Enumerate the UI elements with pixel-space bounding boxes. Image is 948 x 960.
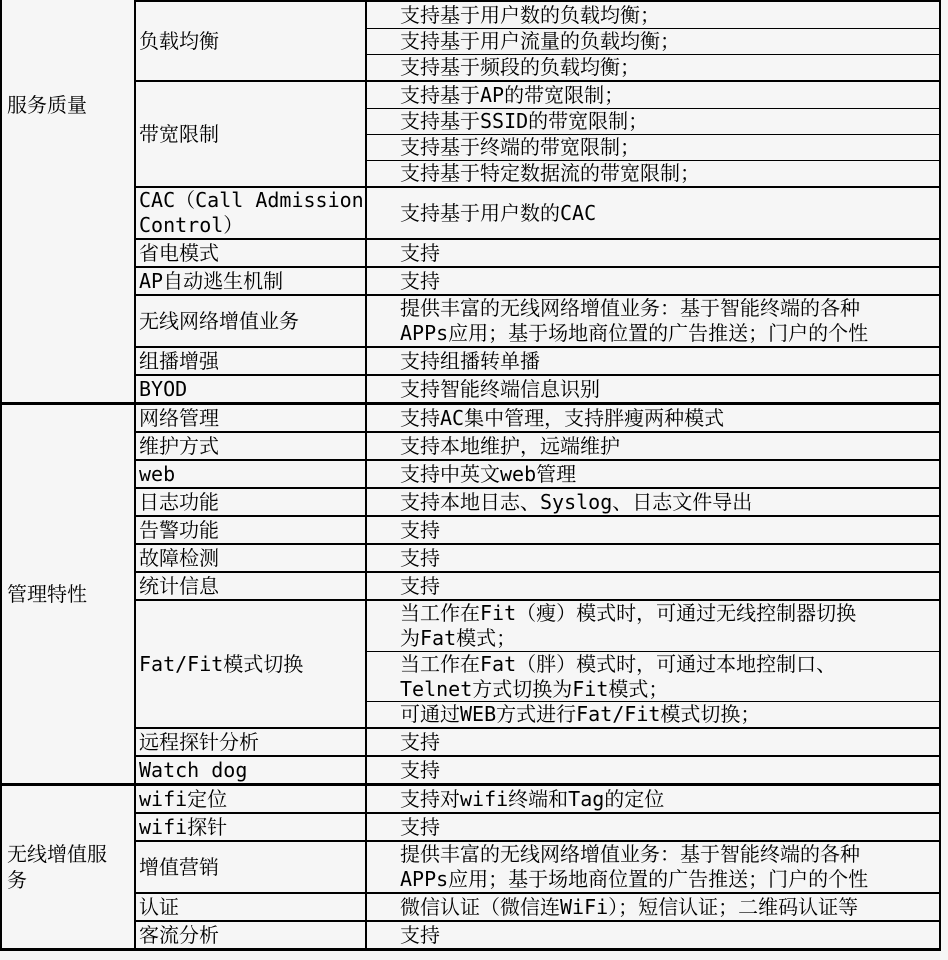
detail-cell: 支持中英文web管理 — [367, 461, 939, 487]
detail-cell: 支持 — [367, 240, 939, 266]
feature-row: wifi探针支持 — [136, 812, 939, 840]
detail-cell: 支持基于SSID的带宽限制； — [367, 108, 939, 134]
detail-cell: 支持基于终端的带宽限制； — [367, 134, 939, 160]
feature-cell: CAC（Call Admission Control） — [136, 188, 367, 238]
detail-cell: 支持 — [367, 729, 939, 755]
detail-list: 支持 — [367, 517, 939, 543]
detail-cell: 支持本地维护，远端维护 — [367, 433, 939, 459]
detail-cell: 支持基于用户数的负载均衡； — [367, 2, 939, 28]
feature-cell: wifi探针 — [136, 814, 367, 840]
page: { "colors": { "border": "#000000", "back… — [0, 0, 948, 960]
detail-list: 提供丰富的无线网络增值业务：基于智能终端的各种 APPs应用；基于场地商位置的广… — [367, 296, 939, 346]
detail-cell: 支持 — [367, 814, 939, 840]
feature-row: Watch dog支持 — [136, 755, 939, 783]
detail-cell: 支持智能终端信息识别 — [367, 376, 939, 402]
feature-row: 增值营销提供丰富的无线网络增值业务：基于智能终端的各种 APPs应用；基于场地商… — [136, 840, 939, 892]
category-cell: 服务质量 — [2, 0, 136, 402]
feature-row: 维护方式支持本地维护，远端维护 — [136, 431, 939, 459]
feature-row: 远程探针分析支持 — [136, 727, 939, 755]
table-section: 管理特性网络管理支持AC集中管理，支持胖瘦两种模式维护方式支持本地维护，远端维护… — [2, 402, 939, 783]
section-rows: wifi定位支持对wifi终端和Tag的定位wifi探针支持增值营销提供丰富的无… — [136, 786, 939, 948]
detail-cell: 支持 — [367, 573, 939, 599]
feature-cell: 日志功能 — [136, 489, 367, 515]
feature-cell: 远程探针分析 — [136, 729, 367, 755]
detail-list: 支持 — [367, 268, 939, 294]
detail-cell: 可通过WEB方式进行Fat/Fit模式切换； — [367, 701, 939, 727]
detail-cell: 支持基于频段的负载均衡； — [367, 54, 939, 80]
feature-row: 日志功能支持本地日志、Syslog、日志文件导出 — [136, 487, 939, 515]
feature-row: Fat/Fit模式切换当工作在Fit（瘦）模式时，可通过无线控制器切换 为Fat… — [136, 599, 939, 727]
detail-list: 支持AC集中管理，支持胖瘦两种模式 — [367, 405, 939, 431]
feature-row: CAC（Call Admission Control）支持基于用户数的CAC — [136, 186, 939, 238]
detail-cell: 支持 — [367, 268, 939, 294]
feature-row: 告警功能支持 — [136, 515, 939, 543]
feature-cell: 网络管理 — [136, 405, 367, 431]
feature-row: 客流分析支持 — [136, 920, 939, 948]
detail-list: 支持 — [367, 757, 939, 783]
detail-list: 提供丰富的无线网络增值业务：基于智能终端的各种 APPs应用；基于场地商位置的广… — [367, 842, 939, 892]
detail-list: 支持 — [367, 922, 939, 948]
detail-cell: 支持基于用户流量的负载均衡； — [367, 28, 939, 54]
detail-list: 支持对wifi终端和Tag的定位 — [367, 786, 939, 812]
detail-cell: 支持基于用户数的CAC — [367, 188, 939, 238]
feature-row: web支持中英文web管理 — [136, 459, 939, 487]
feature-row: 负载均衡支持基于用户数的负载均衡；支持基于用户流量的负载均衡；支持基于频段的负载… — [136, 2, 939, 80]
feature-cell: 告警功能 — [136, 517, 367, 543]
detail-list: 支持基于用户数的负载均衡；支持基于用户流量的负载均衡；支持基于频段的负载均衡； — [367, 2, 939, 80]
feature-row: 故障检测支持 — [136, 543, 939, 571]
detail-list: 支持本地日志、Syslog、日志文件导出 — [367, 489, 939, 515]
detail-list: 支持中英文web管理 — [367, 461, 939, 487]
detail-list: 支持 — [367, 729, 939, 755]
feature-row: wifi定位支持对wifi终端和Tag的定位 — [136, 786, 939, 812]
feature-row: 无线网络增值业务提供丰富的无线网络增值业务：基于智能终端的各种 APPs应用；基… — [136, 294, 939, 346]
detail-list: 当工作在Fit（瘦）模式时，可通过无线控制器切换 为Fat模式；当工作在Fat（… — [367, 601, 939, 727]
detail-cell: 支持基于AP的带宽限制； — [367, 82, 939, 108]
detail-cell: 支持 — [367, 922, 939, 948]
detail-list: 支持 — [367, 573, 939, 599]
feature-cell: 带宽限制 — [136, 82, 367, 186]
detail-cell: 支持基于特定数据流的带宽限制； — [367, 160, 939, 186]
detail-list: 支持 — [367, 814, 939, 840]
detail-cell: 支持 — [367, 757, 939, 783]
feature-cell: 认证 — [136, 894, 367, 920]
feature-cell: BYOD — [136, 376, 367, 402]
section-rows: 网络管理支持AC集中管理，支持胖瘦两种模式维护方式支持本地维护，远端维护web支… — [136, 405, 939, 783]
detail-list: 支持 — [367, 240, 939, 266]
feature-cell: wifi定位 — [136, 786, 367, 812]
feature-cell: 维护方式 — [136, 433, 367, 459]
feature-cell: web — [136, 461, 367, 487]
detail-list: 支持智能终端信息识别 — [367, 376, 939, 402]
detail-list: 支持基于用户数的CAC — [367, 188, 939, 238]
feature-cell: 负载均衡 — [136, 2, 367, 80]
table-section: 无线增值服 务wifi定位支持对wifi终端和Tag的定位wifi探针支持增值营… — [2, 783, 939, 948]
feature-row: 网络管理支持AC集中管理，支持胖瘦两种模式 — [136, 405, 939, 431]
detail-list: 支持组播转单播 — [367, 348, 939, 374]
feature-cell: AP自动逃生机制 — [136, 268, 367, 294]
feature-row: 带宽限制支持基于AP的带宽限制；支持基于SSID的带宽限制；支持基于终端的带宽限… — [136, 80, 939, 186]
feature-row: 省电模式支持 — [136, 238, 939, 266]
feature-cell: 省电模式 — [136, 240, 367, 266]
category-cell: 无线增值服 务 — [2, 786, 136, 948]
detail-cell: 提供丰富的无线网络增值业务：基于智能终端的各种 APPs应用；基于场地商位置的广… — [367, 296, 939, 346]
feature-cell: 故障检测 — [136, 545, 367, 571]
feature-cell: 统计信息 — [136, 573, 367, 599]
category-cell: 管理特性 — [2, 405, 136, 783]
detail-cell: 微信认证（微信连WiFi）；短信认证；二维码认证等 — [367, 894, 939, 920]
feature-cell: 组播增强 — [136, 348, 367, 374]
feature-row: AP自动逃生机制支持 — [136, 266, 939, 294]
feature-spec-table: 服务质量负载均衡支持基于用户数的负载均衡；支持基于用户流量的负载均衡；支持基于频… — [0, 0, 941, 951]
table-section: 服务质量负载均衡支持基于用户数的负载均衡；支持基于用户流量的负载均衡；支持基于频… — [2, 0, 939, 402]
feature-row: 组播增强支持组播转单播 — [136, 346, 939, 374]
feature-row: BYOD支持智能终端信息识别 — [136, 374, 939, 402]
detail-list: 支持基于AP的带宽限制；支持基于SSID的带宽限制；支持基于终端的带宽限制；支持… — [367, 82, 939, 186]
detail-cell: 支持 — [367, 545, 939, 571]
detail-cell: 支持 — [367, 517, 939, 543]
feature-cell: Watch dog — [136, 757, 367, 783]
detail-cell: 提供丰富的无线网络增值业务：基于智能终端的各种 APPs应用；基于场地商位置的广… — [367, 842, 939, 892]
feature-cell: 无线网络增值业务 — [136, 296, 367, 346]
feature-cell: 增值营销 — [136, 842, 367, 892]
detail-cell: 支持组播转单播 — [367, 348, 939, 374]
detail-cell: 当工作在Fat（胖）模式时，可通过本地控制口、 Telnet方式切换为Fit模式… — [367, 651, 939, 701]
detail-list: 支持本地维护，远端维护 — [367, 433, 939, 459]
feature-row: 统计信息支持 — [136, 571, 939, 599]
detail-list: 支持 — [367, 545, 939, 571]
feature-row: 认证微信认证（微信连WiFi）；短信认证；二维码认证等 — [136, 892, 939, 920]
detail-cell: 支持对wifi终端和Tag的定位 — [367, 786, 939, 812]
feature-cell: Fat/Fit模式切换 — [136, 601, 367, 727]
detail-list: 微信认证（微信连WiFi）；短信认证；二维码认证等 — [367, 894, 939, 920]
detail-cell: 当工作在Fit（瘦）模式时，可通过无线控制器切换 为Fat模式； — [367, 601, 939, 651]
feature-cell: 客流分析 — [136, 922, 367, 948]
section-rows: 负载均衡支持基于用户数的负载均衡；支持基于用户流量的负载均衡；支持基于频段的负载… — [136, 0, 939, 402]
detail-cell: 支持AC集中管理，支持胖瘦两种模式 — [367, 405, 939, 431]
detail-cell: 支持本地日志、Syslog、日志文件导出 — [367, 489, 939, 515]
